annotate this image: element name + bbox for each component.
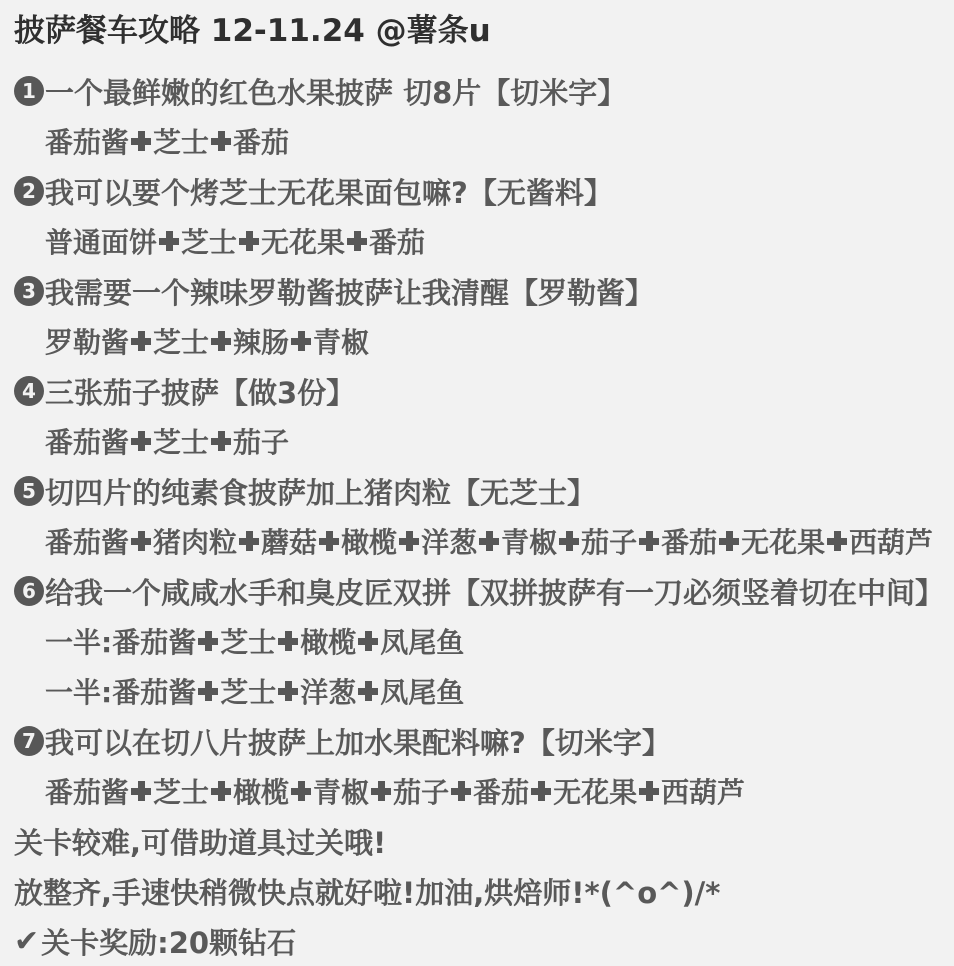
task-item-7: 7我可以在切八片披萨上加水果配料嘛?【切米字】 — [14, 716, 948, 766]
ingredient: 芝士 — [153, 121, 209, 161]
ingredient-line: 普通面饼芝士无花果番茄 — [14, 216, 948, 266]
ingredient: 芝士 — [153, 421, 209, 461]
plus-icon — [559, 531, 579, 551]
ingredient: 芝士 — [220, 671, 276, 711]
ingredient: 橄榄 — [300, 621, 356, 661]
ingredient: 番茄 — [233, 121, 289, 161]
ingredient-line: 番茄酱芝士番茄 — [14, 116, 948, 166]
plus-icon — [211, 331, 231, 351]
ingredient: 番茄酱 — [45, 121, 129, 161]
plus-icon — [211, 131, 231, 151]
item-number-badge: 1 — [14, 76, 44, 106]
ingredient: 洋葱 — [300, 671, 356, 711]
ingredient: 番茄酱 — [112, 671, 196, 711]
item-number-badge: 6 — [14, 576, 44, 606]
ingredient: 西葫芦 — [661, 771, 745, 811]
plus-icon — [131, 531, 151, 551]
ingredient: 洋葱 — [421, 521, 477, 561]
ingredient: 西葫芦 — [849, 521, 933, 561]
ingredient: 橄榄 — [341, 521, 397, 561]
item-text: 切四片的纯素食披萨加上猪肉粒【无芝士】 — [45, 471, 596, 512]
ingredient-line: 番茄酱芝士茄子 — [14, 416, 948, 466]
tip-text-1: 关卡较难,可借助道具过关哦! — [14, 821, 386, 862]
page-title: 披萨餐车攻略 12-11.24 @薯条u — [14, 8, 948, 54]
plus-icon — [131, 331, 151, 351]
ingredient-line: 罗勒酱芝士辣肠青椒 — [14, 316, 948, 366]
task-item-2: 2我可以要个烤芝士无花果面包嘛?【无酱料】 — [14, 166, 948, 216]
plus-icon — [211, 431, 231, 451]
item-number-badge: 7 — [14, 726, 44, 756]
plus-icon — [319, 531, 339, 551]
ingredient: 无花果 — [553, 771, 637, 811]
ingredient: 茄子 — [581, 521, 637, 561]
ingredient: 普通面饼 — [45, 221, 157, 261]
plus-icon — [347, 231, 367, 251]
plus-icon — [719, 531, 739, 551]
ingredient: 番茄酱 — [45, 771, 129, 811]
ingredient: 凤尾鱼 — [380, 621, 464, 661]
ingredient: 无花果 — [741, 521, 825, 561]
ingredient: 蘑菇 — [261, 521, 317, 561]
plus-icon — [827, 531, 847, 551]
item-number-badge: 3 — [14, 276, 44, 306]
checkmark-icon: ✔ — [14, 924, 39, 959]
plus-icon — [479, 531, 499, 551]
ingredient: 罗勒酱 — [45, 321, 129, 361]
ingredient: 无花果 — [261, 221, 345, 261]
item-text: 给我一个咸咸水手和臭皮匠双拼【双拼披萨有一刀必须竖着切在中间】 — [45, 571, 944, 612]
ingredient: 番茄 — [369, 221, 425, 261]
ingredient: 芝士 — [153, 771, 209, 811]
ingredient: 茄子 — [393, 771, 449, 811]
note-page: 披萨餐车攻略 12-11.24 @薯条u 1一个最鲜嫩的红色水果披萨 切8片【切… — [0, 0, 954, 966]
plus-icon — [291, 331, 311, 351]
task-item-6: 6给我一个咸咸水手和臭皮匠双拼【双拼披萨有一刀必须竖着切在中间】 — [14, 566, 948, 616]
plus-icon — [639, 531, 659, 551]
plus-icon — [239, 531, 259, 551]
task-item-3: 3我需要一个辣味罗勒酱披萨让我清醒【罗勒酱】 — [14, 266, 948, 316]
tip-line-1: 关卡较难,可借助道具过关哦! — [14, 816, 948, 866]
ingredient: 番茄酱 — [45, 521, 129, 561]
plus-icon — [358, 631, 378, 651]
plus-icon — [639, 781, 659, 801]
ingredient-line: 番茄酱芝士橄榄青椒茄子番茄无花果西葫芦 — [14, 766, 948, 816]
plus-icon — [451, 781, 471, 801]
item-text: 我可以要个烤芝士无花果面包嘛?【无酱料】 — [45, 171, 613, 212]
tip-text-2: 放整齐,手速快稍微快点就好啦!加油,烘焙师!*(^o^)/* — [14, 871, 720, 912]
plus-icon — [159, 231, 179, 251]
plus-icon — [278, 681, 298, 701]
plus-icon — [131, 781, 151, 801]
ingredient: 青椒 — [501, 521, 557, 561]
item-text: 三张茄子披萨【做3份】 — [45, 371, 355, 412]
item-number-badge: 2 — [14, 176, 44, 206]
plus-icon — [131, 431, 151, 451]
item-number-badge: 4 — [14, 376, 44, 406]
ingredient: 青椒 — [313, 321, 369, 361]
item-text: 我需要一个辣味罗勒酱披萨让我清醒【罗勒酱】 — [45, 271, 654, 312]
task-item-list: 1一个最鲜嫩的红色水果披萨 切8片【切米字】番茄酱芝士番茄2我可以要个烤芝士无花… — [14, 66, 948, 816]
plus-icon — [131, 131, 151, 151]
half-prefix: 一半: — [45, 671, 112, 711]
plus-icon — [198, 631, 218, 651]
ingredient: 芝士 — [153, 321, 209, 361]
half-prefix: 一半: — [45, 621, 112, 661]
ingredient: 茄子 — [233, 421, 289, 461]
item-number-badge: 5 — [14, 476, 44, 506]
plus-icon — [358, 681, 378, 701]
ingredient: 番茄酱 — [112, 621, 196, 661]
ingredient: 芝士 — [220, 621, 276, 661]
ingredient: 番茄 — [473, 771, 529, 811]
item-text: 我可以在切八片披萨上加水果配料嘛?【切米字】 — [45, 721, 671, 762]
plus-icon — [291, 781, 311, 801]
ingredient-line: 一半:番茄酱芝士橄榄凤尾鱼 — [14, 616, 948, 666]
ingredient: 辣肠 — [233, 321, 289, 361]
ingredient: 橄榄 — [233, 771, 289, 811]
plus-icon — [278, 631, 298, 651]
ingredient: 番茄 — [661, 521, 717, 561]
reward-line: ✔ 关卡奖励:20颗钻石 — [14, 916, 948, 966]
plus-icon — [211, 781, 231, 801]
ingredient: 凤尾鱼 — [380, 671, 464, 711]
plus-icon — [371, 781, 391, 801]
task-item-1: 1一个最鲜嫩的红色水果披萨 切8片【切米字】 — [14, 66, 948, 116]
item-text: 一个最鲜嫩的红色水果披萨 切8片【切米字】 — [45, 71, 626, 112]
ingredient: 芝士 — [181, 221, 237, 261]
plus-icon — [239, 231, 259, 251]
task-item-5: 5切四片的纯素食披萨加上猪肉粒【无芝士】 — [14, 466, 948, 516]
reward-text: 关卡奖励:20颗钻石 — [41, 921, 296, 962]
tip-line-2: 放整齐,手速快稍微快点就好啦!加油,烘焙师!*(^o^)/* — [14, 866, 948, 916]
ingredient-line: 番茄酱猪肉粒蘑菇橄榄洋葱青椒茄子番茄无花果西葫芦 — [14, 516, 948, 566]
ingredient-line: 一半:番茄酱芝士洋葱凤尾鱼 — [14, 666, 948, 716]
plus-icon — [198, 681, 218, 701]
ingredient: 青椒 — [313, 771, 369, 811]
plus-icon — [399, 531, 419, 551]
task-item-4: 4三张茄子披萨【做3份】 — [14, 366, 948, 416]
ingredient: 猪肉粒 — [153, 521, 237, 561]
ingredient: 番茄酱 — [45, 421, 129, 461]
plus-icon — [531, 781, 551, 801]
